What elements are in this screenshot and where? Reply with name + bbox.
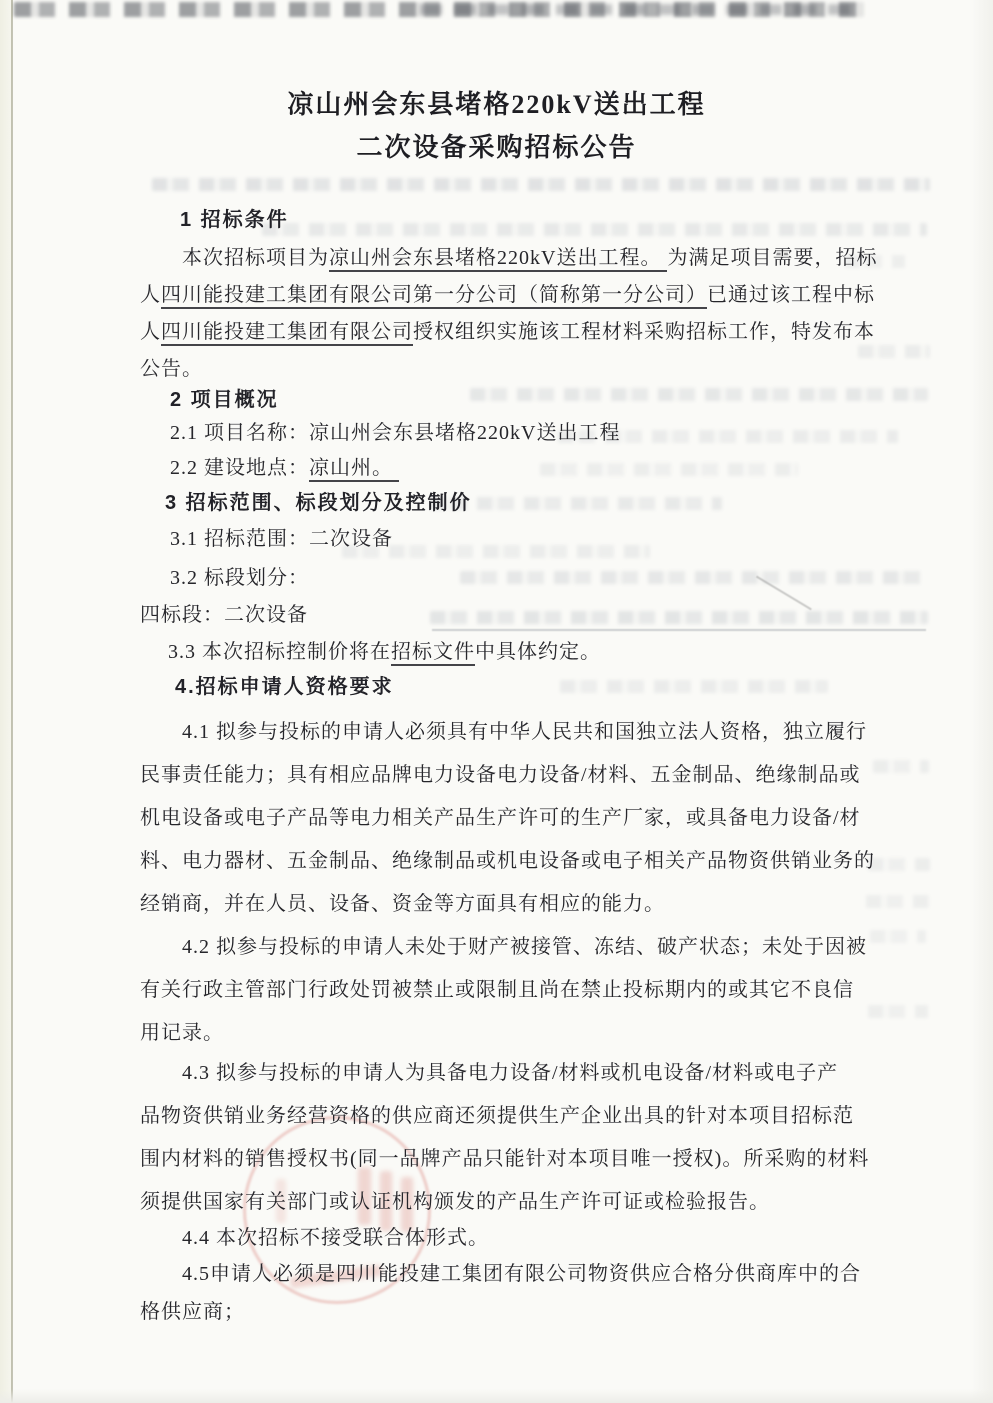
- text-line: 4.4 本次招标不接受联合体形式。: [140, 1220, 888, 1257]
- text-run: 授权组织实施该工程材料采购招标工作，特发布本: [413, 321, 875, 343]
- text-line: 人四川能投建工集团有限公司第一分公司（简称第一分公司）已通过该工程中标: [140, 277, 888, 314]
- text-line: 3 招标范围、标段划分及控制价: [140, 485, 888, 522]
- text-line: 1 招标条件: [140, 202, 888, 239]
- text-line: 用记录。: [140, 1012, 888, 1055]
- paragraph: 四标段：二次设备: [140, 597, 888, 634]
- paragraph: 3.1 招标范围：二次设备: [140, 521, 888, 558]
- text-line: 有关行政主管部门行政处罚被禁止或限制且尚在禁止投标期内的或其它不良信: [140, 969, 888, 1012]
- text-line: 4.3 拟参与投标的申请人为具备电力设备/材料或机电设备/材料或电子产: [140, 1052, 888, 1095]
- text-run: 格供应商；: [140, 1301, 245, 1323]
- text-run: 1 招标条件: [180, 209, 289, 231]
- text-line: 4.招标申请人资格要求: [140, 669, 888, 706]
- text-run: 人: [140, 284, 161, 306]
- text-run: 4.2 拟参与投标的申请人未处于财产被接管、冻结、破产状态；未处于因被: [182, 936, 867, 958]
- text-run: 3 招标范围、标段划分及控制价: [165, 492, 472, 514]
- text-run: 已通过该工程中标: [707, 284, 875, 306]
- text-run: 4.1 拟参与投标的申请人必须具有中华人民共和国独立法人资格，独立履行: [182, 721, 867, 743]
- paragraph: 4.2 拟参与投标的申请人未处于财产被接管、冻结、破产状态；未处于因被有关行政主…: [140, 926, 888, 1055]
- text-run: 为满足项目需要，招标: [667, 247, 877, 269]
- text-line: 格供应商；: [140, 1293, 888, 1331]
- section-heading: 4.招标申请人资格要求: [140, 669, 888, 706]
- paragraph: 2.2 建设地点：凉山州。: [140, 450, 888, 487]
- text-line: 民事责任能力；具有相应品牌电力设备电力设备/材料、五金制品、绝缘制品或: [140, 754, 888, 797]
- paragraph: 3.2 标段划分：: [140, 560, 888, 597]
- text-line: 四标段：二次设备: [140, 597, 888, 634]
- text-run: 公告。: [140, 358, 203, 380]
- text-run: 品物资供销业务经营资格的供应商还须提供生产企业出具的针对本项目招标范: [140, 1105, 854, 1127]
- underlined-text: 四川能投建工集团有限公司: [161, 321, 413, 346]
- text-line: 经销商，并在人员、设备、资金等方面具有相应的能力。: [140, 883, 888, 926]
- text-run: 机电设备或电子产品等电力相关产品生产许可的生产厂家，或具备电力设备/材: [140, 807, 861, 829]
- text-line: 2.2 建设地点：凉山州。: [140, 450, 888, 487]
- text-run: 3.3 本次招标控制价将在: [168, 641, 391, 663]
- text-line: 4.1 拟参与投标的申请人必须具有中华人民共和国独立法人资格，独立履行: [140, 711, 888, 754]
- text-run: 经销商，并在人员、设备、资金等方面具有相应的能力。: [140, 893, 665, 915]
- underlined-text: 招标文件: [391, 641, 475, 666]
- text-run: 围内材料的销售授权书(同一品牌产品只能针对本项目唯一授权)。所采购的材料: [140, 1148, 869, 1170]
- paragraph: 4.3 拟参与投标的申请人为具备电力设备/材料或机电设备/材料或电子产品物资供销…: [140, 1052, 888, 1224]
- text-run: 中具体约定。: [475, 641, 601, 663]
- text-line: 2 项目概况: [140, 382, 888, 419]
- text-line: 围内材料的销售授权书(同一品牌产品只能针对本项目唯一授权)。所采购的材料: [140, 1138, 888, 1181]
- section-heading: 2 项目概况: [140, 382, 888, 419]
- paragraph: 本次招标项目为凉山州会东县堵格220kV送出工程。 为满足项目需要，招标人四川能…: [140, 240, 888, 388]
- text-run: 4.4 本次招标不接受联合体形式。: [182, 1227, 489, 1249]
- text-run: 有关行政主管部门行政处罚被禁止或限制且尚在禁止投标期内的或其它不良信: [140, 979, 854, 1001]
- text-run: 4.5申请人必须是四川能投建工集团有限公司物资供应合格分供商库中的合: [182, 1263, 861, 1285]
- text-line: 3.2 标段划分：: [140, 560, 888, 597]
- text-line: 料、电力器材、五金制品、绝缘制品或机电设备或电子相关产品物资供销业务的: [140, 840, 888, 883]
- text-run: 用记录。: [140, 1022, 224, 1044]
- paragraph: 2.1 项目名称：凉山州会东县堵格220kV送出工程: [140, 415, 888, 452]
- text-line: 须提供国家有关部门或认证机构颁发的产品生产许可证或检验报告。: [140, 1181, 888, 1224]
- paragraph: 3.3 本次招标控制价将在招标文件中具体约定。: [140, 634, 888, 671]
- text-run: 2.1 项目名称：凉山州会东县堵格220kV送出工程: [170, 422, 620, 444]
- paragraph: 4.1 拟参与投标的申请人必须具有中华人民共和国独立法人资格，独立履行民事责任能…: [140, 711, 888, 926]
- text-line: 3.1 招标范围：二次设备: [140, 521, 888, 558]
- text-run: 3.1 招标范围：二次设备: [170, 528, 393, 550]
- text-run: 3.2 标段划分：: [170, 567, 309, 589]
- text-run: 民事责任能力；具有相应品牌电力设备电力设备/材料、五金制品、绝缘制品或: [140, 764, 861, 786]
- paragraph: 4.5申请人必须是四川能投建工集团有限公司物资供应合格分供商库中的合格供应商；: [140, 1255, 888, 1331]
- document-body: 1 招标条件本次招标项目为凉山州会东县堵格220kV送出工程。 为满足项目需要，…: [0, 0, 993, 1403]
- text-run: 4.3 拟参与投标的申请人为具备电力设备/材料或机电设备/材料或电子产: [182, 1062, 838, 1084]
- underlined-text: 四川能投建工集团有限公司第一分公司（简称第一分公司）: [161, 284, 707, 309]
- text-run: 人: [140, 321, 161, 343]
- underlined-text: 凉山州会东县堵格220kV送出工程。: [329, 247, 667, 272]
- paragraph: 4.4 本次招标不接受联合体形式。: [140, 1220, 888, 1257]
- text-line: 4.2 拟参与投标的申请人未处于财产被接管、冻结、破产状态；未处于因被: [140, 926, 888, 969]
- text-line: 机电设备或电子产品等电力相关产品生产许可的生产厂家，或具备电力设备/材: [140, 797, 888, 840]
- text-run: 4.招标申请人资格要求: [175, 676, 394, 698]
- text-line: 3.3 本次招标控制价将在招标文件中具体约定。: [140, 634, 888, 671]
- scanned-page: 凉山州会东县堵格220kV送出工程 二次设备采购招标公告 1 招标条件本次招标项…: [0, 0, 993, 1403]
- text-run: 料、电力器材、五金制品、绝缘制品或机电设备或电子相关产品物资供销业务的: [140, 850, 875, 872]
- text-line: 4.5申请人必须是四川能投建工集团有限公司物资供应合格分供商库中的合: [140, 1255, 888, 1293]
- text-line: 本次招标项目为凉山州会东县堵格220kV送出工程。 为满足项目需要，招标: [140, 240, 888, 277]
- text-run: 2 项目概况: [170, 389, 279, 411]
- underlined-text: 凉山州。: [309, 457, 399, 482]
- text-line: 人四川能投建工集团有限公司授权组织实施该工程材料采购招标工作，特发布本: [140, 314, 888, 351]
- section-heading: 1 招标条件: [140, 202, 888, 239]
- text-run: 须提供国家有关部门或认证机构颁发的产品生产许可证或检验报告。: [140, 1191, 770, 1213]
- text-line: 品物资供销业务经营资格的供应商还须提供生产企业出具的针对本项目招标范: [140, 1095, 888, 1138]
- text-run: 2.2 建设地点：: [170, 457, 309, 479]
- text-run: 四标段：二次设备: [140, 604, 308, 626]
- text-run: 本次招标项目为: [182, 247, 329, 269]
- section-heading: 3 招标范围、标段划分及控制价: [140, 485, 888, 522]
- text-line: 2.1 项目名称：凉山州会东县堵格220kV送出工程: [140, 415, 888, 452]
